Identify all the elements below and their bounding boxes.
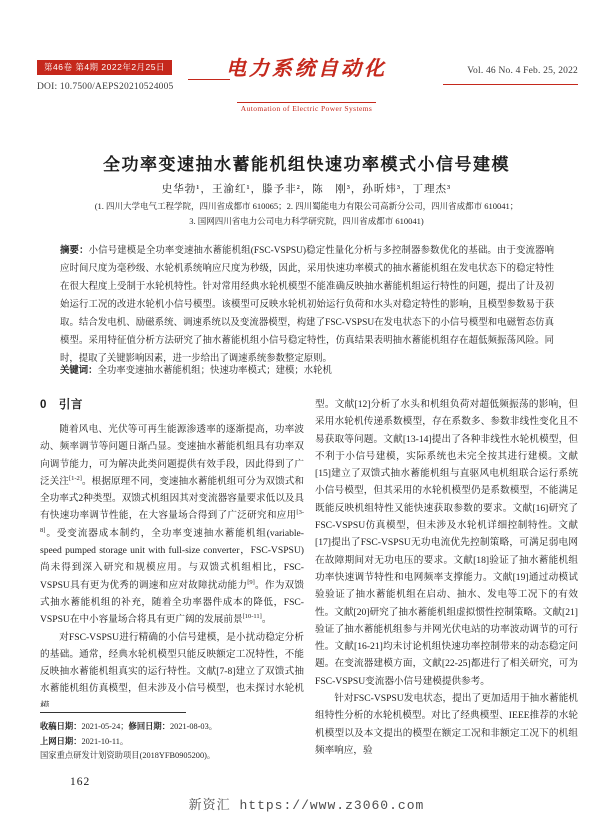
footnote-online: 上网日期：2021-10-11。 xyxy=(40,735,304,750)
journal-name-en: Automation of Electric Power Systems xyxy=(237,102,376,114)
abstract: 摘要：小信号建模是全功率变速抽水蓄能机组(FSC-VSPSU)稳定性量化分析与多… xyxy=(60,241,554,368)
paragraph: 针对FSC-VSPSU发电状态，提出了更加适用于抽水蓄能机组特性分析的水轮机模型… xyxy=(315,690,578,759)
affiliation-line-2: 3. 国网四川省电力公司电力科学研究院，四川省成都市 610041) xyxy=(0,215,613,227)
watermark: 新资汇 https://www.z3060.com xyxy=(0,794,613,813)
footnote-funding: 国家重点研发计划资助项目(2018YFB0905200)。 xyxy=(40,749,304,764)
keywords-label: 关键词： xyxy=(60,364,98,375)
abstract-text: 小信号建模是全功率变速抽水蓄能机组(FSC-VSPSU)稳定性量化分析与多控制器… xyxy=(60,246,554,364)
section-number: 0 xyxy=(40,399,47,411)
page-number: 162 xyxy=(70,776,90,788)
section-heading-introduction: 0引言 xyxy=(40,396,304,412)
footnote-received: 收稿日期：2021-05-24；修回日期：2021-08-03。 xyxy=(40,720,304,735)
header-rule-left xyxy=(188,79,230,80)
keywords-text: 全功率变速抽水蓄能机组；快速功率模式；建模；水轮机 xyxy=(98,366,332,376)
abstract-label: 摘要： xyxy=(60,244,89,255)
header-rule-right xyxy=(443,84,578,85)
volume-info: Vol. 46 No. 4 Feb. 25, 2022 xyxy=(467,66,578,76)
affiliation-line-1: (1. 四川大学电气工程学院，四川省成都市 610065；2. 四川蜀能电力有限… xyxy=(0,200,613,212)
column-right: 型。文献[12]分析了水头和机组负荷对超低频振荡的影响，但采用水轮机传递系数模型… xyxy=(315,396,578,797)
paragraph: 对FSC-VSPSU进行精确的小信号建模，是小扰动稳定分析的基础。通常，经典水轮… xyxy=(40,629,304,707)
paragraph: 随着风电、光伏等可再生能源渗透率的逐渐提高，功率波动、频率调节等问题日渐凸显。变… xyxy=(40,421,304,629)
keywords: 关键词：全功率变速抽水蓄能机组；快速功率模式；建模；水轮机 xyxy=(60,361,554,380)
article-title: 全功率变速抽水蓄能机组快速功率模式小信号建模 xyxy=(0,150,613,175)
footnote-rule xyxy=(40,712,186,713)
paper-page: 第46卷 第4期 2022年2月25日 DOI: 10.7500/AEPS202… xyxy=(0,0,613,825)
paragraph: 型。文献[12]分析了水头和机组负荷对超低频振荡的影响，但采用水轮机传递系数模型… xyxy=(315,396,578,690)
author-line: 史华勃¹，王渝红¹，滕予非²，陈 刚³，孙昕炜³，丁理杰³ xyxy=(0,181,613,196)
column-left: 0引言 随着风电、光伏等可再生能源渗透率的逐渐提高，功率波动、频率调节等问题日渐… xyxy=(40,396,304,707)
section-title: 引言 xyxy=(59,399,83,411)
footnote: 收稿日期：2021-05-24；修回日期：2021-08-03。 上网日期：20… xyxy=(40,712,304,764)
